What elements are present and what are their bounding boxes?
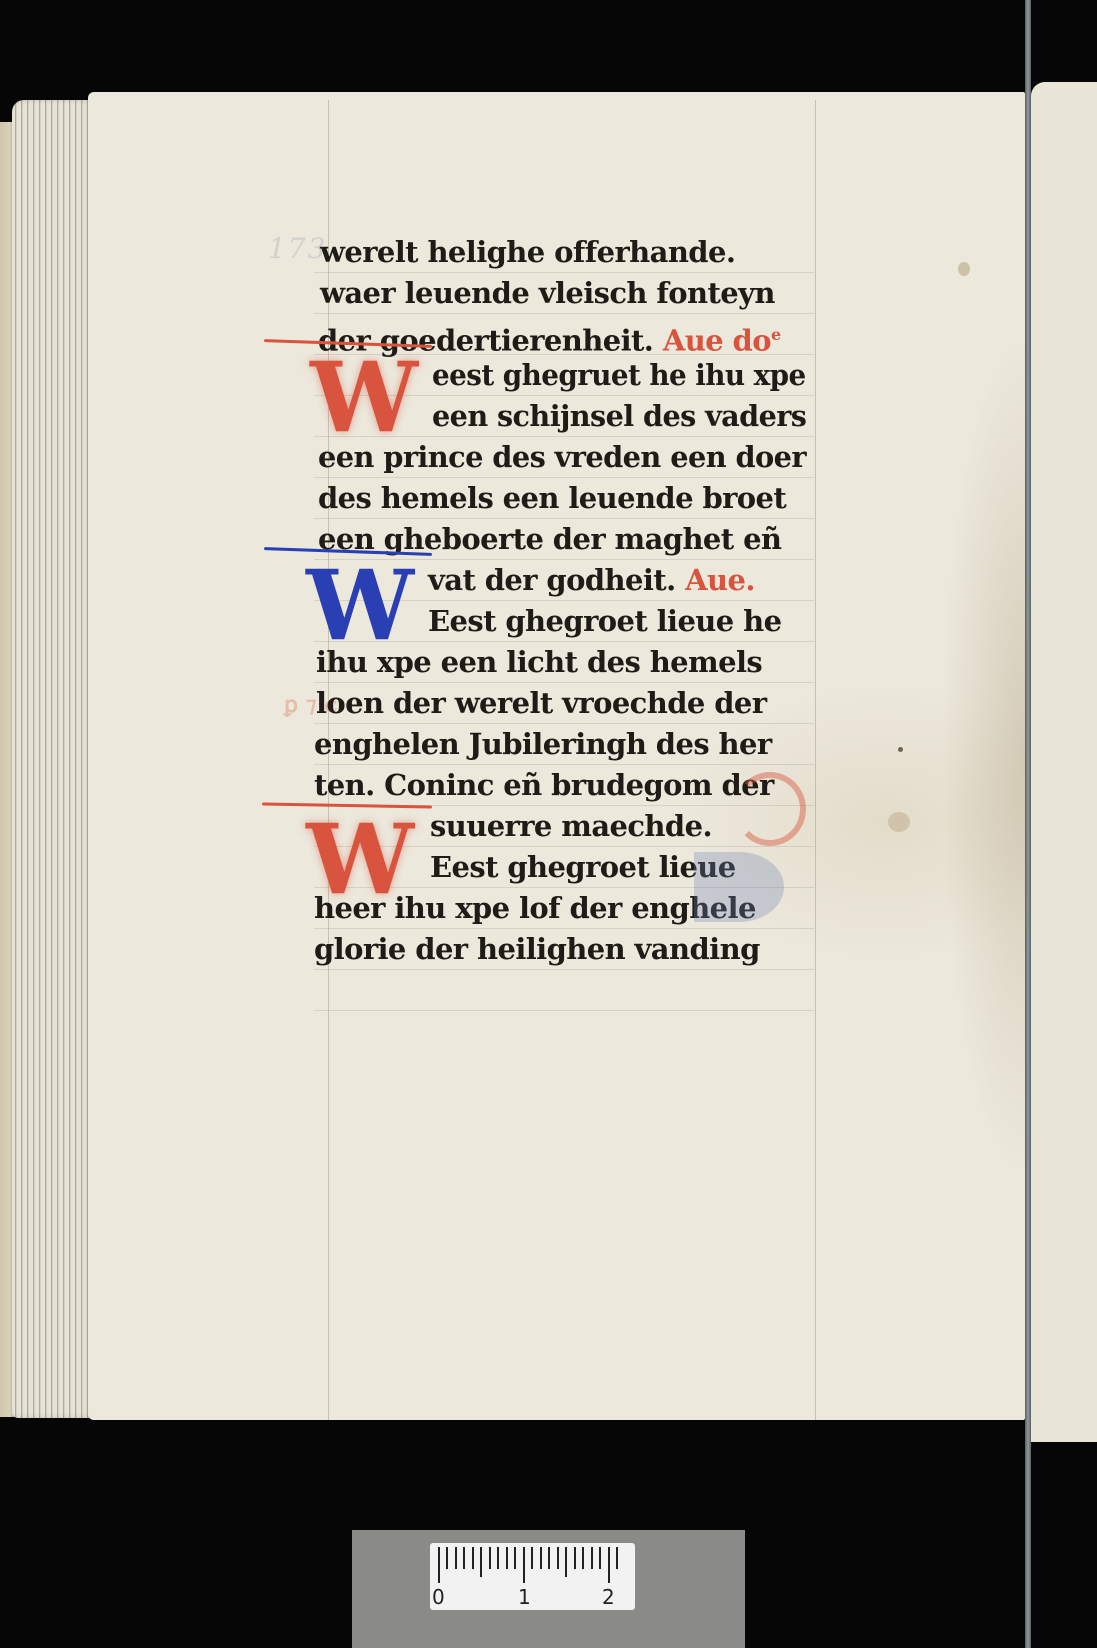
ruler-tick	[548, 1547, 550, 1569]
text-line-5: een schijnsel des vaders	[432, 396, 806, 437]
ruler-label-0: 0	[432, 1585, 445, 1609]
text-line-4: eest ghegruet he ihu xpe	[432, 355, 806, 396]
text-line-16: Eest ghegroet lieue	[430, 847, 736, 888]
text-line-14: ten. Coninc eñ brudegom der	[314, 765, 774, 806]
ruler-tick	[540, 1547, 542, 1569]
ruler-tick	[574, 1547, 576, 1569]
text-line-10: Eest ghegroet lieue he	[428, 601, 781, 642]
manuscript-page: 173 ꝑ ⁊ c werelt helighe offerhande. wae…	[88, 92, 1025, 1420]
ruler-tick	[531, 1547, 533, 1569]
text-line-15: suuerre maechde.	[430, 806, 712, 847]
ruler-tick	[514, 1547, 516, 1569]
ruler-tick	[489, 1547, 491, 1569]
text-line-1: werelt helighe offerhande.	[320, 232, 735, 273]
initial-w-blue: W	[300, 558, 420, 654]
text-line-18: glorie der heilighen vanding	[314, 929, 760, 970]
bleed-through-blue-initial	[694, 852, 784, 922]
stain	[898, 747, 903, 752]
ruler-tick	[446, 1547, 448, 1569]
text-block: ꝑ ⁊ c werelt helighe offerhande. waer le…	[314, 232, 814, 1022]
stain	[958, 262, 970, 276]
ruler-tick	[582, 1547, 584, 1569]
text-line-13: enghelen Jubileringh des her	[314, 724, 772, 765]
page-fore-edge-stack	[12, 100, 92, 1418]
rubric-aue: Aue.	[685, 563, 755, 597]
rubric-aue-do: Aue do	[663, 324, 771, 358]
ruling-line-right	[815, 100, 816, 1420]
measurement-ruler: 0 1 2	[430, 1543, 635, 1610]
initial-w-red-1: W	[304, 350, 424, 446]
ruler-tick	[497, 1547, 499, 1569]
rubric-superscript: e	[771, 325, 781, 344]
ruler-label-2: 2	[602, 1585, 615, 1609]
ruler-tick	[463, 1547, 465, 1569]
text-line-7: des hemels een leuende broet	[318, 478, 786, 519]
ruler-tick	[506, 1547, 508, 1569]
initial-w-red-2: W	[298, 812, 422, 908]
stain	[888, 812, 910, 832]
bleed-through-red-initial	[734, 772, 806, 846]
ruler-label-1: 1	[518, 1585, 531, 1609]
ruler-tick	[455, 1547, 457, 1569]
ruler-tick	[608, 1547, 610, 1583]
text-line-9: vat der godheit. Aue.	[428, 560, 755, 601]
text-line-2: waer leuende vleisch fonteyn	[320, 273, 775, 314]
ruler-tick	[472, 1547, 474, 1569]
ruling-line	[314, 1010, 814, 1011]
facing-page	[1031, 82, 1097, 1442]
ruler-tick	[523, 1547, 525, 1583]
ruler-tick	[616, 1547, 618, 1569]
ruler-tick	[438, 1547, 440, 1583]
ruler-tick	[565, 1547, 567, 1577]
ruler-tick	[480, 1547, 482, 1577]
text-line-12: loen der werelt vroechde der	[316, 683, 766, 724]
ruler-tick	[599, 1547, 601, 1569]
ruler-tick	[557, 1547, 559, 1569]
ruler-tick	[591, 1547, 593, 1569]
